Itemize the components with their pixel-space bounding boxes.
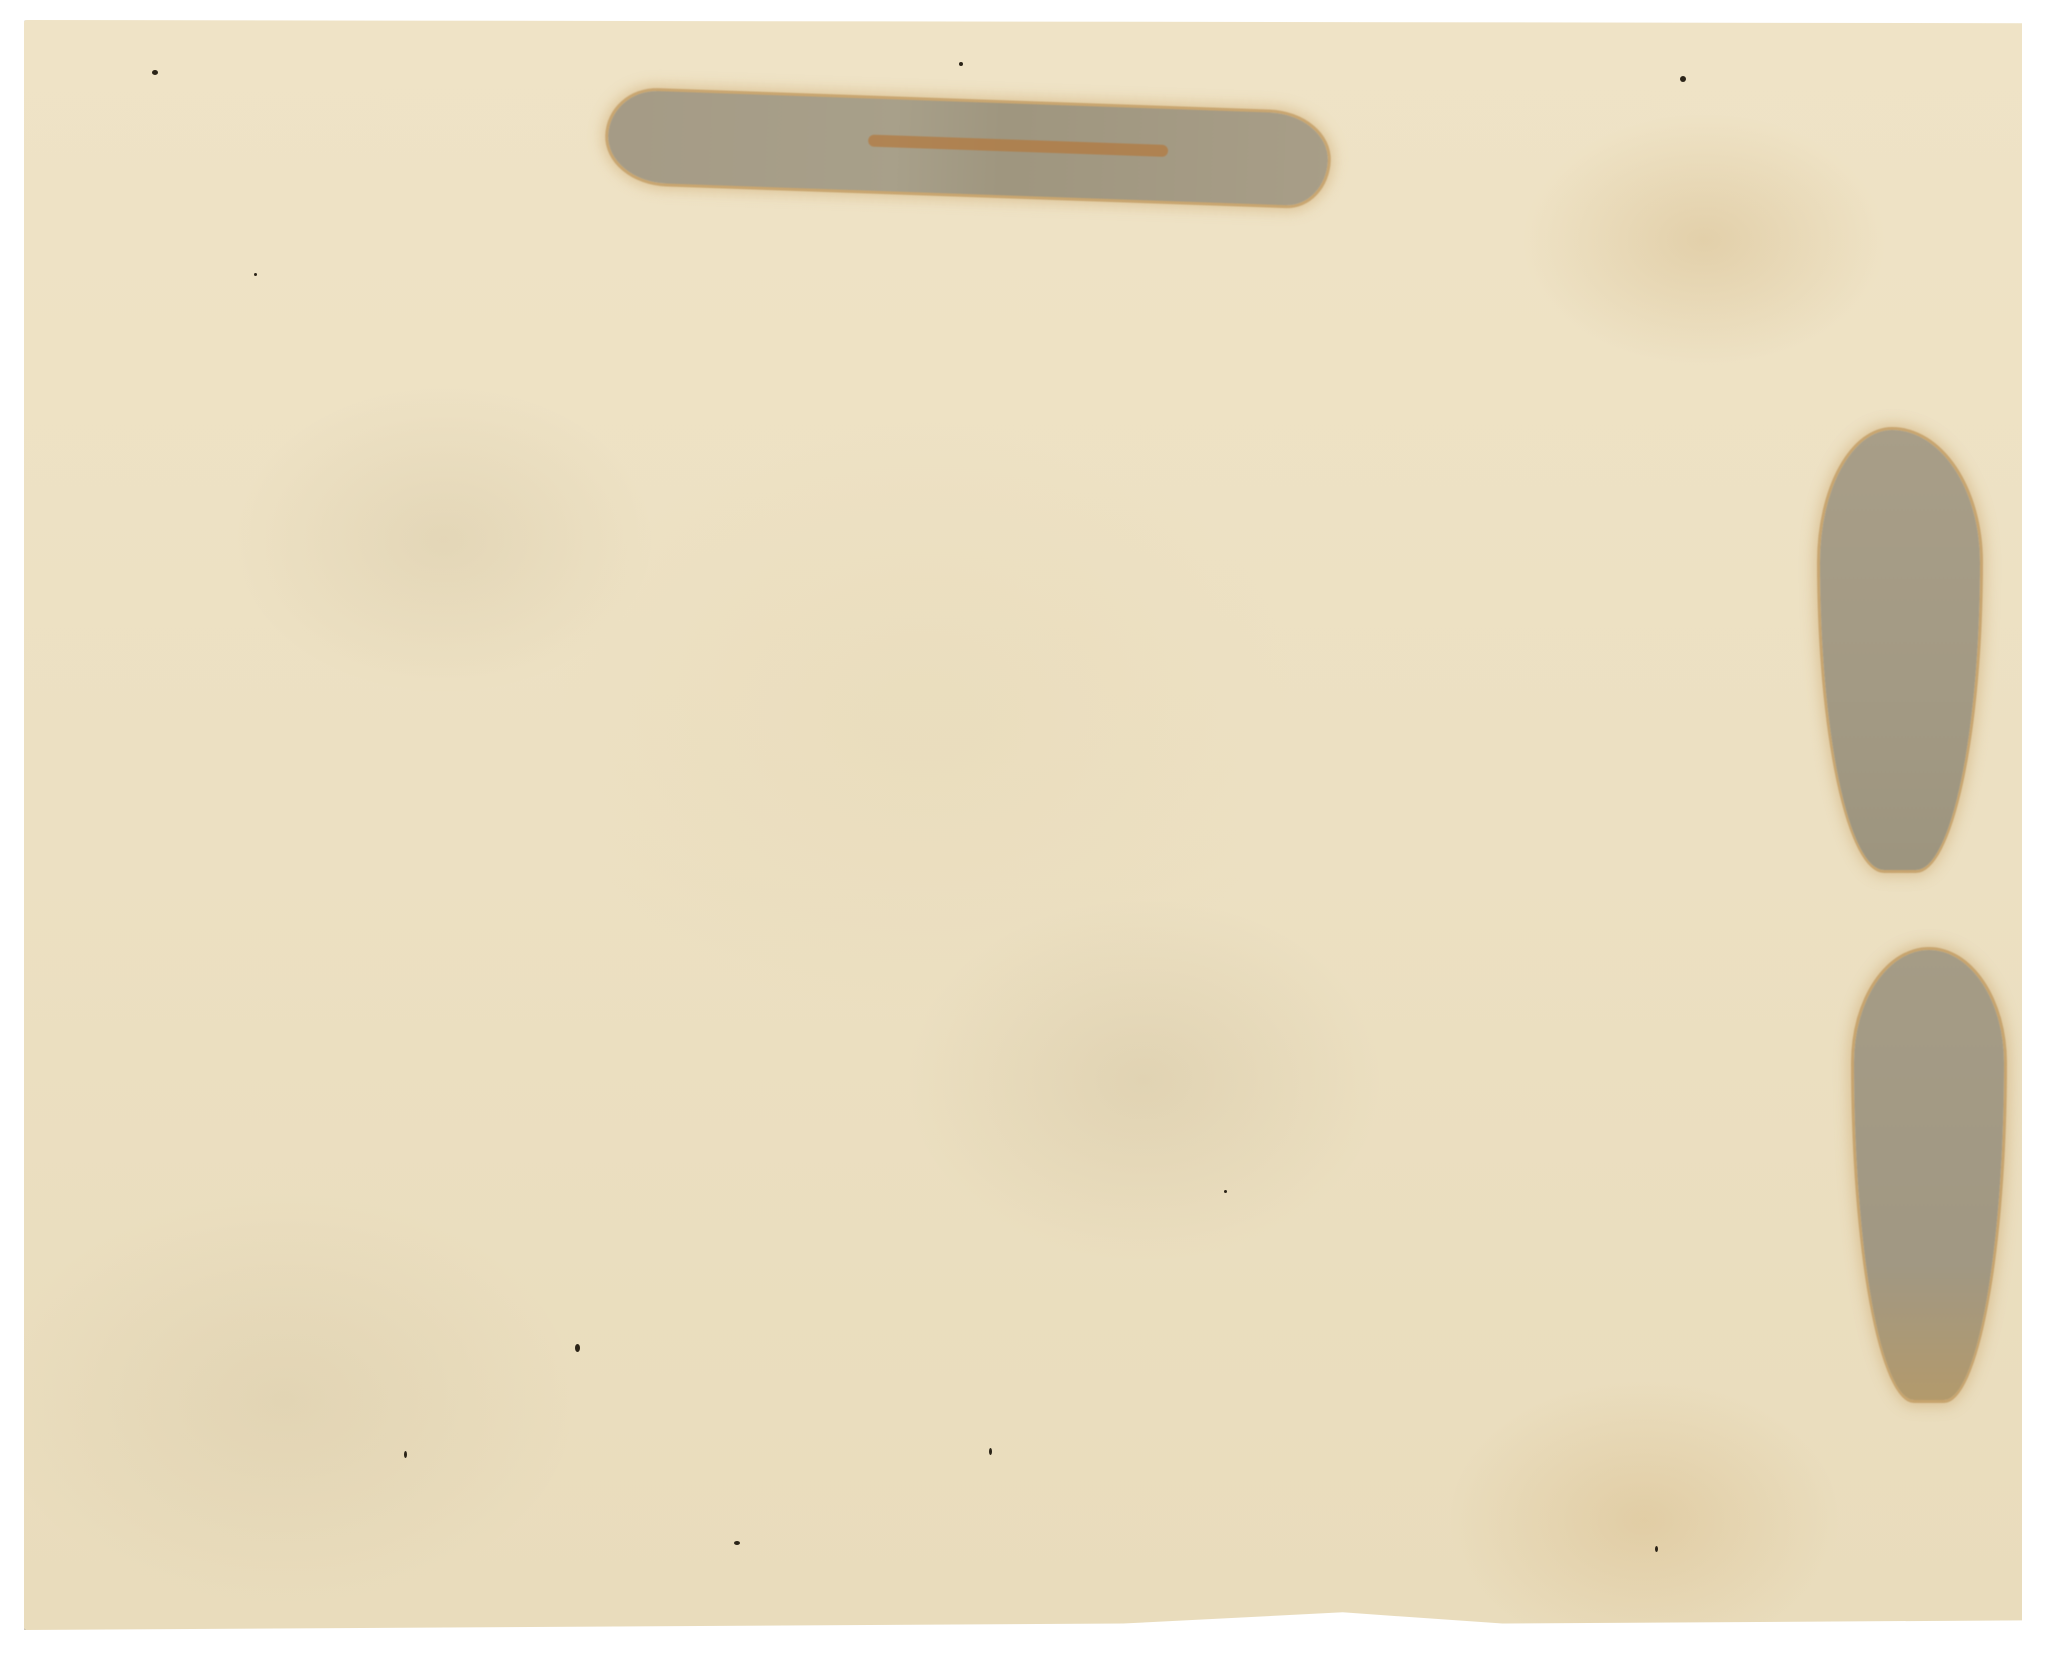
- image-canvas: [0, 0, 2048, 1670]
- horizontal-glue-stain-top: [607, 89, 1330, 206]
- dust-speck: [1224, 1190, 1227, 1193]
- dust-speck: [404, 1451, 407, 1458]
- dust-speck: [254, 273, 257, 276]
- paper-sheet: [24, 20, 2022, 1630]
- dust-speck: [734, 1541, 740, 1545]
- glue-stain-right-upper: [1820, 430, 1980, 870]
- dust-speck: [1655, 1546, 1658, 1552]
- dust-speck: [575, 1344, 580, 1352]
- rust-streak: [868, 135, 1168, 157]
- dust-speck: [989, 1448, 992, 1455]
- dust-speck: [1680, 76, 1686, 82]
- dust-speck: [959, 62, 963, 66]
- dust-speck: [152, 70, 158, 75]
- glue-stain-right-lower: [1854, 950, 2004, 1400]
